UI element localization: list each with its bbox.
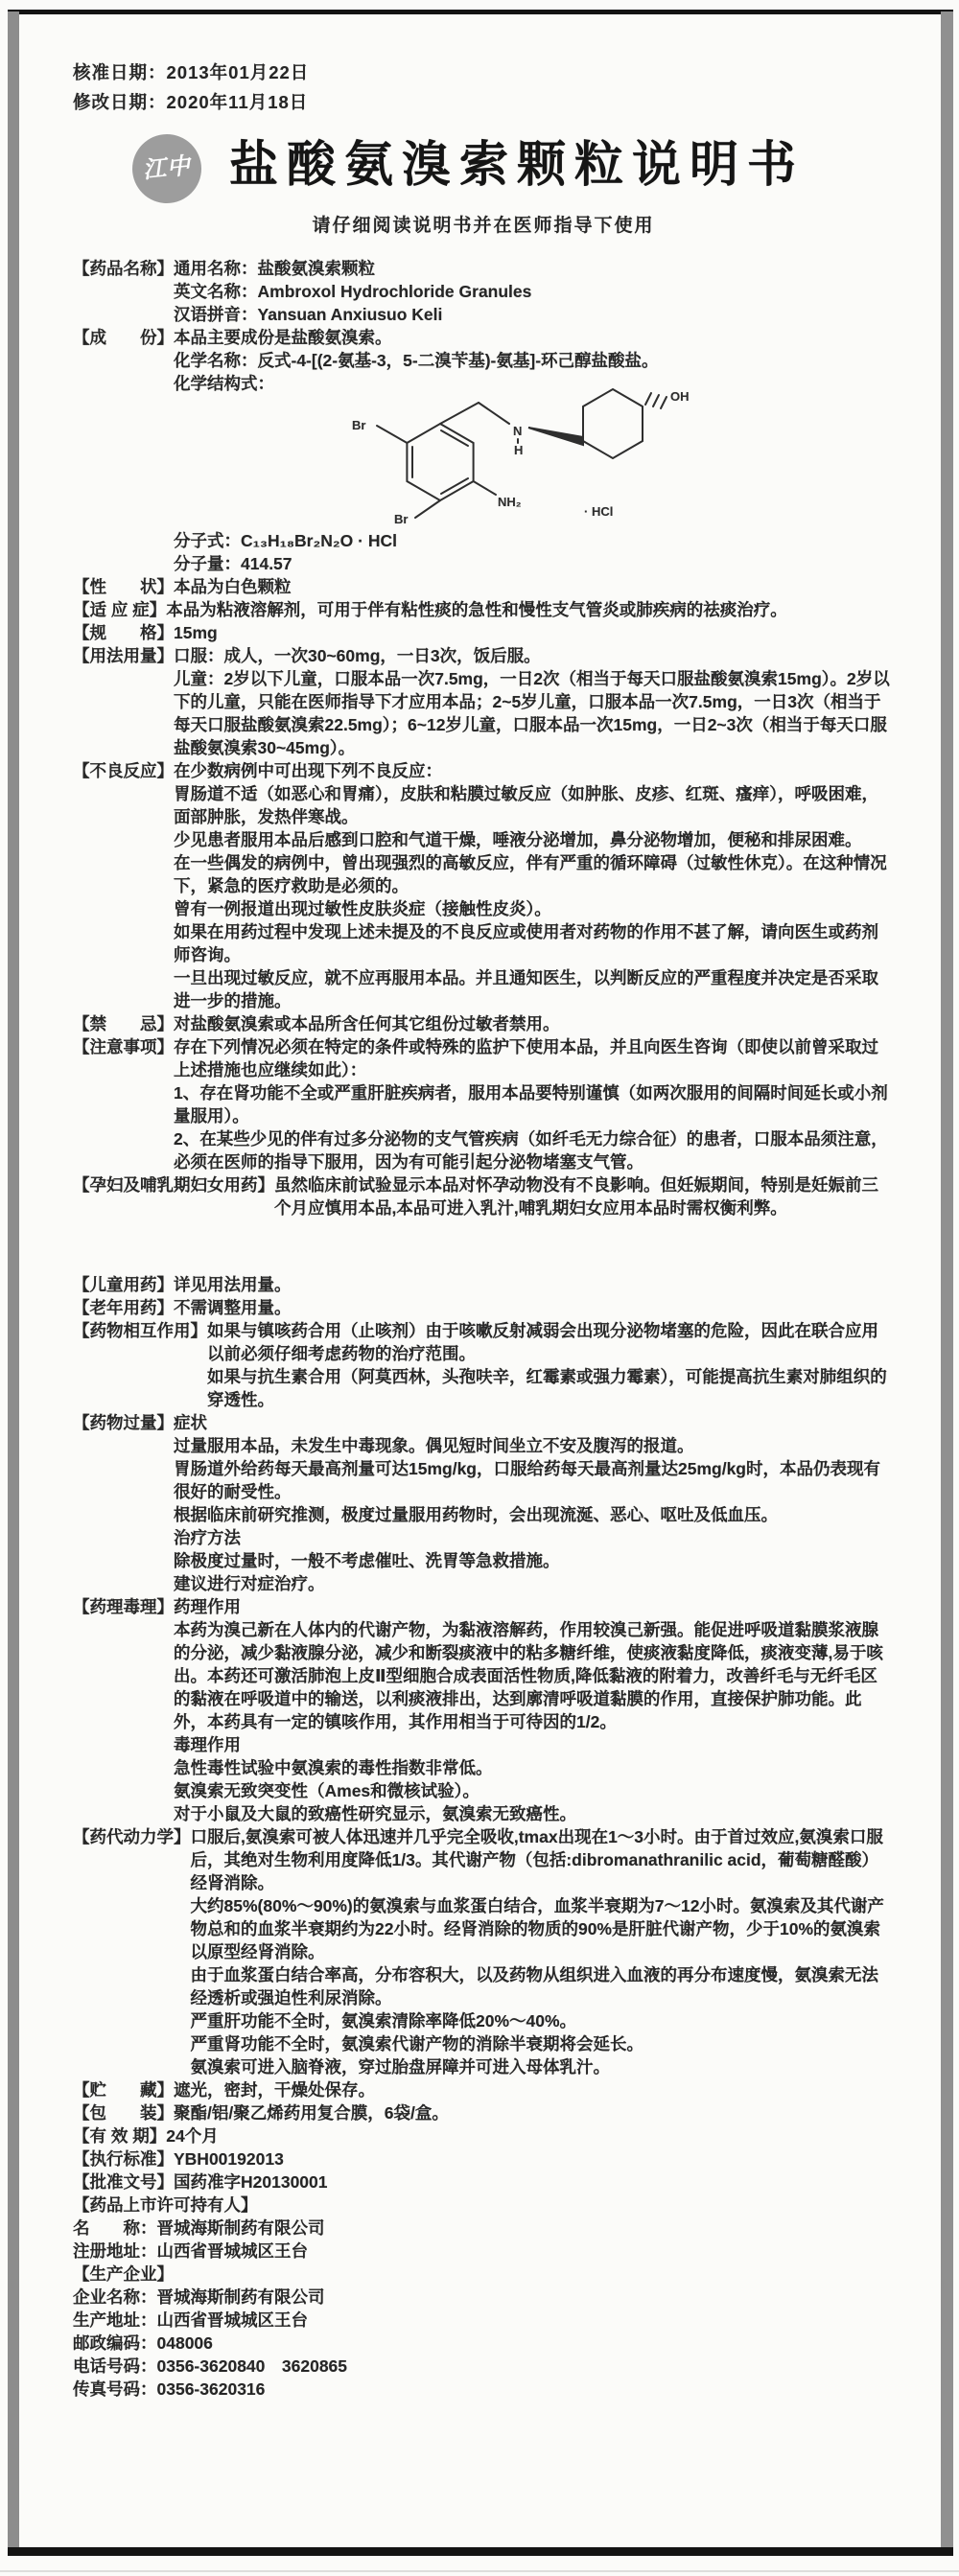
section-paragraph: 胃肠道不适（如恶心和胃痛），皮肤和粘膜过敏反应（如肿胀、皮疹、红斑、瘙痒），呼吸… — [174, 782, 894, 828]
section-label: 【生产企业】 — [73, 2263, 174, 2286]
section-label: 【性 状】 — [73, 575, 174, 598]
section-adverse-reactions: 【不良反应】在少数病例中可出现下列不良反应：胃肠道不适（如恶心和胃痛），皮肤和粘… — [73, 759, 894, 1012]
page-background: 核准日期：2013年01月22日 修改日期：2020年11月18日 江中 盐酸氨… — [0, 0, 959, 2576]
section-manufacturer: 【生产企业】 — [73, 2263, 894, 2286]
section-body: 本品为粘液溶解剂，可用于伴有粘性痰的急性和慢性支气管炎或肺疾病的祛痰治疗。 — [166, 598, 894, 621]
section-label: 【用法用量】 — [73, 644, 174, 667]
section-paragraph: 不需调整用量。 — [174, 1296, 894, 1319]
approval-date: 核准日期：2013年01月22日 — [73, 58, 894, 87]
section-paragraph: 化学名称：反式-4-[(2-氨基-3，5-二溴苄基)-氨基]-环己醇盐酸盐。 — [174, 349, 894, 372]
section-body: 口服：成人，一次30~60mg，一日3次，饭后服。儿童：2岁以下儿童，口服本品一… — [174, 644, 894, 759]
oh-label: OH — [670, 389, 690, 404]
section-paragraph: 本品为白色颗粒 — [174, 575, 894, 598]
section-label: 【儿童用药】 — [73, 1273, 174, 1296]
section-paragraph: 氨溴索可进入脑脊液，穿过胎盘屏障并可进入母体乳汁。 — [191, 2055, 895, 2078]
section-body: 症状过量服用本品，未发生中毒现象。偶见短时间坐立不安及腹泻的报道。胃肠道外给药每… — [174, 1411, 894, 1595]
section-paragraph: 一旦出现过敏反应，就不应再服用本品。并且通知医生，以判断反应的严重程度并决定是否… — [174, 966, 894, 1012]
section-label: 【规 格】 — [73, 621, 174, 644]
section-paragraph: 24个月 — [166, 2124, 894, 2147]
section-label: 【执行标准】 — [73, 2147, 174, 2170]
left-scan-edge — [8, 12, 19, 2553]
section-paragraph: 急性毒性试验中氨溴索的毒性指数非常低。 — [174, 1756, 894, 1779]
field-line: 生产地址：山西省晋城城区王台 — [73, 2309, 894, 2332]
section-paragraph: 大约85%(80%～90%)的氨溴索与血浆蛋白结合，血浆半衰期为7～12小时。氨… — [191, 1894, 895, 1963]
section-strength: 【规 格】15mg — [73, 621, 894, 644]
section-label: 【贮 藏】 — [73, 2078, 174, 2101]
section-body: 15mg — [174, 621, 894, 644]
scan-foot-line — [0, 2570, 959, 2572]
section-overdose: 【药物过量】症状过量服用本品，未发生中毒现象。偶见短时间坐立不安及腹泻的报道。胃… — [73, 1411, 894, 1595]
section-postal-code: 邮政编码：048006 — [73, 2332, 894, 2355]
section-drug-name: 【药品名称】通用名称：盐酸氨溴索颗粒英文名称：Ambroxol Hydrochl… — [73, 257, 894, 326]
section-paragraph: 毒理作用 — [174, 1733, 894, 1756]
section-storage: 【贮 藏】遮光，密封，干燥处保存。 — [73, 2078, 894, 2101]
right-scan-edge — [941, 12, 953, 2553]
h-label: H — [514, 443, 523, 457]
section-composition: 【成 份】本品主要成份是盐酸氨溴索。化学名称：反式-4-[(2-氨基-3，5-二… — [73, 326, 894, 575]
field-line: 企业名称：晋城海斯制药有限公司 — [73, 2286, 894, 2309]
section-dosage: 【用法用量】口服：成人，一次30~60mg，一日3次，饭后服。儿童：2岁以下儿童… — [73, 644, 894, 759]
section-paragraph: 如果与镇咳药合用（止咳剂）由于咳嗽反射减弱会出现分泌物堵塞的危险，因此在联合应用… — [207, 1319, 894, 1365]
section-paragraph: 本品为粘液溶解剂，可用于伴有粘性痰的急性和慢性支气管炎或肺疾病的祛痰治疗。 — [166, 598, 894, 621]
field-line: 注册地址：山西省晋城城区王台 — [73, 2239, 894, 2263]
section-paragraph: 胃肠道外给药每天最高剂量可达15mg/kg，口服给药每天最高剂量达25mg/kg… — [174, 1457, 894, 1503]
section-paragraph: 如果与抗生素合用（阿莫西林，头孢呋辛，红霉素或强力霉素），可能提高抗生素对肺组织… — [207, 1365, 894, 1411]
sections-container: 【药品名称】通用名称：盐酸氨溴索颗粒英文名称：Ambroxol Hydrochl… — [73, 257, 894, 2401]
section-label: 【不良反应】 — [73, 759, 174, 782]
section-body: 不需调整用量。 — [174, 1296, 894, 1319]
section-body: 本品主要成份是盐酸氨溴索。化学名称：反式-4-[(2-氨基-3，5-二溴苄基)-… — [174, 326, 894, 575]
section-paragraph: 如果在用药过程中发现上述未提及的不良反应或使用者对药物的作用不甚了解，请向医生或… — [174, 920, 894, 966]
section-label: 【药物相互作用】 — [73, 1319, 207, 1342]
section-body: 24个月 — [166, 2124, 894, 2147]
section-interactions: 【药物相互作用】如果与镇咳药合用（止咳剂）由于咳嗽反射减弱会出现分泌物堵塞的危险… — [73, 1319, 894, 1411]
section-shelf-life: 【有 效 期】24个月 — [73, 2124, 894, 2147]
revision-date: 修改日期：2020年11月18日 — [73, 87, 894, 117]
section-label: 【适 应 症】 — [73, 598, 166, 621]
section-paragraph: YBH00192013 — [174, 2147, 894, 2170]
field-line: 名 称：晋城海斯制药有限公司 — [73, 2216, 894, 2239]
section-body: 通用名称：盐酸氨溴索颗粒英文名称：Ambroxol Hydrochloride … — [174, 257, 894, 326]
section-label: 【药品上市许可持有人】 — [73, 2193, 258, 2216]
nh2-label: NH₂ — [498, 495, 522, 509]
title-row: 江中 盐酸氨溴索颗粒说明书 — [73, 130, 894, 203]
section-body: 遮光，密封，干燥处保存。 — [174, 2078, 894, 2101]
section-manufacturer-name: 企业名称：晋城海斯制药有限公司 — [73, 2286, 894, 2309]
section-paragraph: 严重肝功能不全时，氨溴索清除率降低20%～40%。 — [191, 2009, 895, 2032]
section-contraindications: 【禁 忌】对盐酸氨溴索或本品所含任何其它组份过敏者禁用。 — [73, 1012, 894, 1035]
section-label: 【孕妇及哺乳期妇女用药】 — [73, 1173, 274, 1196]
section-body: YBH00192013 — [174, 2147, 894, 2170]
section-pregnancy: 【孕妇及哺乳期妇女用药】虽然临床前试验显示本品对怀孕动物没有不良影响。但妊娠期间… — [73, 1173, 894, 1219]
section-paragraph: 虽然临床前试验显示本品对怀孕动物没有不良影响。但妊娠期间，特别是妊娠前三个月应慎… — [274, 1173, 894, 1219]
section-pharmacokinetics: 【药代动力学】口服后,氨溴索可被人体迅速并几乎完全吸收,tmax出现在1～3小时… — [73, 1825, 894, 2078]
section-paragraph: 本药为溴己新在人体内的代谢产物，为黏液溶解药，作用较溴己新强。能促进呼吸道黏膜浆… — [174, 1618, 894, 1733]
section-paragraph: 治疗方法 — [174, 1526, 894, 1549]
section-holder-name: 名 称：晋城海斯制药有限公司 — [73, 2216, 894, 2239]
section-label: 【药物过量】 — [73, 1411, 174, 1434]
leaflet-content: 核准日期：2013年01月22日 修改日期：2020年11月18日 江中 盐酸氨… — [73, 58, 894, 2401]
section-paragraph: 1、存在肾功能不全或严重肝脏疾病者，服用本品要特别谨慎（如两次服用的间隔时间延长… — [174, 1081, 894, 1127]
leaflet-scan: { "header": { "approval_date": "核准日期：201… — [0, 0, 959, 2576]
field-line: 电话号码：0356-3620840 3620865 — [73, 2355, 894, 2378]
section-paragraph: 对盐酸氨溴索或本品所含任何其它组份过敏者禁用。 — [174, 1012, 894, 1035]
section-approval-number: 【批准文号】国药准字H20130001 — [73, 2170, 894, 2193]
n-label: N — [513, 424, 522, 438]
section-label: 【药理毒理】 — [73, 1595, 174, 1618]
section-body: 药理作用本药为溴己新在人体内的代谢产物，为黏液溶解药，作用较溴己新强。能促进呼吸… — [174, 1595, 894, 1825]
section-paragraph: 通用名称：盐酸氨溴索颗粒 — [174, 257, 894, 280]
field-line: 传真号码：0356-3620316 — [73, 2378, 894, 2401]
section-phone: 电话号码：0356-3620840 3620865 — [73, 2355, 894, 2378]
section-paragraph: 口服：成人，一次30~60mg，一日3次，饭后服。 — [174, 644, 894, 667]
section-pharmacology: 【药理毒理】药理作用本药为溴己新在人体内的代谢产物，为黏液溶解药，作用较溴己新强… — [73, 1595, 894, 1825]
section-label: 【包 装】 — [73, 2101, 174, 2124]
section-paragraph: 分子式：C₁₃H₁₈Br₂N₂O · HCl — [174, 529, 894, 552]
section-holder-address: 注册地址：山西省晋城城区王台 — [73, 2239, 894, 2263]
section-standard: 【执行标准】YBH00192013 — [73, 2147, 894, 2170]
section-pediatric: 【儿童用药】详见用法用量。 — [73, 1273, 894, 1296]
br-top-label: Br — [352, 418, 365, 432]
section-description: 【性 状】本品为白色颗粒 — [73, 575, 894, 598]
read-instructions-notice: 请仔细阅读说明书并在医师指导下使用 — [73, 215, 894, 238]
section-paragraph: 氨溴索无致突变性（Ames和微核试验）。 — [174, 1779, 894, 1802]
section-paragraph: 症状 — [174, 1411, 894, 1434]
section-label: 【注意事项】 — [73, 1035, 174, 1058]
section-paragraph: 建议进行对症治疗。 — [174, 1572, 894, 1595]
section-paragraph: 药理作用 — [174, 1595, 894, 1618]
section-body: 在少数病例中可出现下列不良反应：胃肠道不适（如恶心和胃痛），皮肤和粘膜过敏反应（… — [174, 759, 894, 1012]
section-paragraph: 过量服用本品，未发生中毒现象。偶见短时间坐立不安及腹泻的报道。 — [174, 1434, 894, 1457]
section-geriatric: 【老年用药】不需调整用量。 — [73, 1296, 894, 1319]
section-paragraph: 存在下列情况必须在特定的条件或特殊的监护下使用本品，并且向医生咨询（即使以前曾采… — [174, 1035, 894, 1081]
section-body: 详见用法用量。 — [174, 1273, 894, 1296]
field-line: 邮政编码：048006 — [73, 2332, 894, 2355]
section-body: 对盐酸氨溴索或本品所含任何其它组份过敏者禁用。 — [174, 1012, 894, 1035]
section-paragraph: 2、在某些少见的伴有过多分泌物的支气管疾病（如纤毛无力综合征）的患者，口服本品须… — [174, 1127, 894, 1173]
section-body: 本品为白色颗粒 — [174, 575, 894, 598]
br-bottom-label: Br — [394, 512, 408, 525]
section-body: 国药准字H20130001 — [174, 2170, 894, 2193]
section-paragraph: 曾有一例报道出现过敏性皮肤炎症（接触性皮炎）。 — [174, 897, 894, 920]
section-label: 【有 效 期】 — [73, 2124, 166, 2147]
section-label: 【药代动力学】 — [73, 1825, 191, 1848]
section-paragraph: 除极度过量时，一般不考虑催吐、洗胃等急救措施。 — [174, 1549, 894, 1572]
section-paragraph: 聚酯/铝/聚乙烯药用复合膜，6袋/盒。 — [174, 2101, 894, 2124]
section-paragraph: 本品主要成份是盐酸氨溴索。 — [174, 326, 894, 349]
section-manufacturer-address: 生产地址：山西省晋城城区王台 — [73, 2309, 894, 2332]
section-paragraph: 遮光，密封，干燥处保存。 — [174, 2078, 894, 2101]
bottom-border-rule — [8, 2547, 953, 2556]
section-body: 虽然临床前试验显示本品对怀孕动物没有不良影响。但妊娠期间，特别是妊娠前三个月应慎… — [274, 1173, 894, 1219]
section-fax: 传真号码：0356-3620316 — [73, 2378, 894, 2401]
section-paragraph: 分子量：414.57 — [174, 552, 894, 575]
section-label: 【批准文号】 — [73, 2170, 174, 2193]
section-paragraph: 在少数病例中可出现下列不良反应： — [174, 759, 894, 782]
section-license-holder: 【药品上市许可持有人】 — [73, 2193, 894, 2216]
section-packaging: 【包 装】聚酯/铝/聚乙烯药用复合膜，6袋/盒。 — [73, 2101, 894, 2124]
section-paragraph: 汉语拼音：Yansuan Anxiusuo Keli — [174, 303, 894, 326]
section-paragraph: 国药准字H20130001 — [174, 2170, 894, 2193]
section-paragraph: 由于血浆蛋白结合率高，分布容积大，以及药物从组织进入血液的再分布速度慢，氨溴索无… — [191, 1963, 895, 2009]
section-indications: 【适 应 症】本品为粘液溶解剂，可用于伴有粘性痰的急性和慢性支气管炎或肺疾病的祛… — [73, 598, 894, 621]
section-paragraph: 根据临床前研究推测，极度过量服用药物时，会出现流涎、恶心、呕吐及低血压。 — [174, 1503, 894, 1526]
section-label: 【成 份】 — [73, 326, 174, 349]
hcl-label: · HCl — [584, 504, 613, 519]
top-border-rule — [8, 10, 953, 14]
section-paragraph: 口服后,氨溴索可被人体迅速并几乎完全吸收,tmax出现在1～3小时。由于首过效应… — [191, 1825, 895, 1894]
section-label: 【药品名称】 — [73, 257, 174, 280]
section-body: 聚酯/铝/聚乙烯药用复合膜，6袋/盒。 — [174, 2101, 894, 2124]
chemical-structure-diagram: Br Br NH₂ N H OH · HCl — [296, 382, 747, 525]
section-paragraph: 对于小鼠及大鼠的致癌性研究显示，氨溴索无致癌性。 — [174, 1802, 894, 1825]
section-label: 【禁 忌】 — [73, 1012, 174, 1035]
section-label: 【老年用药】 — [73, 1296, 174, 1319]
section-paragraph: 英文名称：Ambroxol Hydrochloride Granules — [174, 280, 894, 303]
page-title: 盐酸氨溴索颗粒说明书 — [162, 130, 805, 199]
section-paragraph: 在一些偶发的病例中，曾出现强烈的高敏反应，伴有严重的循环障碍（过敏性休克）。在这… — [174, 851, 894, 897]
section-paragraph: 儿童：2岁以下儿童，口服本品一次7.5mg，一日2次（相当于每天口服盐酸氨溴索1… — [174, 667, 894, 759]
section-paragraph: 严重肾功能不全时，氨溴索代谢产物的消除半衰期将会延长。 — [191, 2032, 895, 2055]
section-paragraph: 少见患者服用本品后感到口腔和气道干燥，唾液分泌增加，鼻分泌物增加，便秘和排尿困难… — [174, 828, 894, 851]
section-paragraph: 详见用法用量。 — [174, 1273, 894, 1296]
section-body: 口服后,氨溴索可被人体迅速并几乎完全吸收,tmax出现在1～3小时。由于首过效应… — [191, 1825, 895, 2078]
section-paragraph: 15mg — [174, 621, 894, 644]
section-body: 存在下列情况必须在特定的条件或特殊的监护下使用本品，并且向医生咨询（即使以前曾采… — [174, 1035, 894, 1173]
section-body: 如果与镇咳药合用（止咳剂）由于咳嗽反射减弱会出现分泌物堵塞的危险，因此在联合应用… — [207, 1319, 894, 1411]
section-precautions: 【注意事项】存在下列情况必须在特定的条件或特殊的监护下使用本品，并且向医生咨询（… — [73, 1035, 894, 1173]
